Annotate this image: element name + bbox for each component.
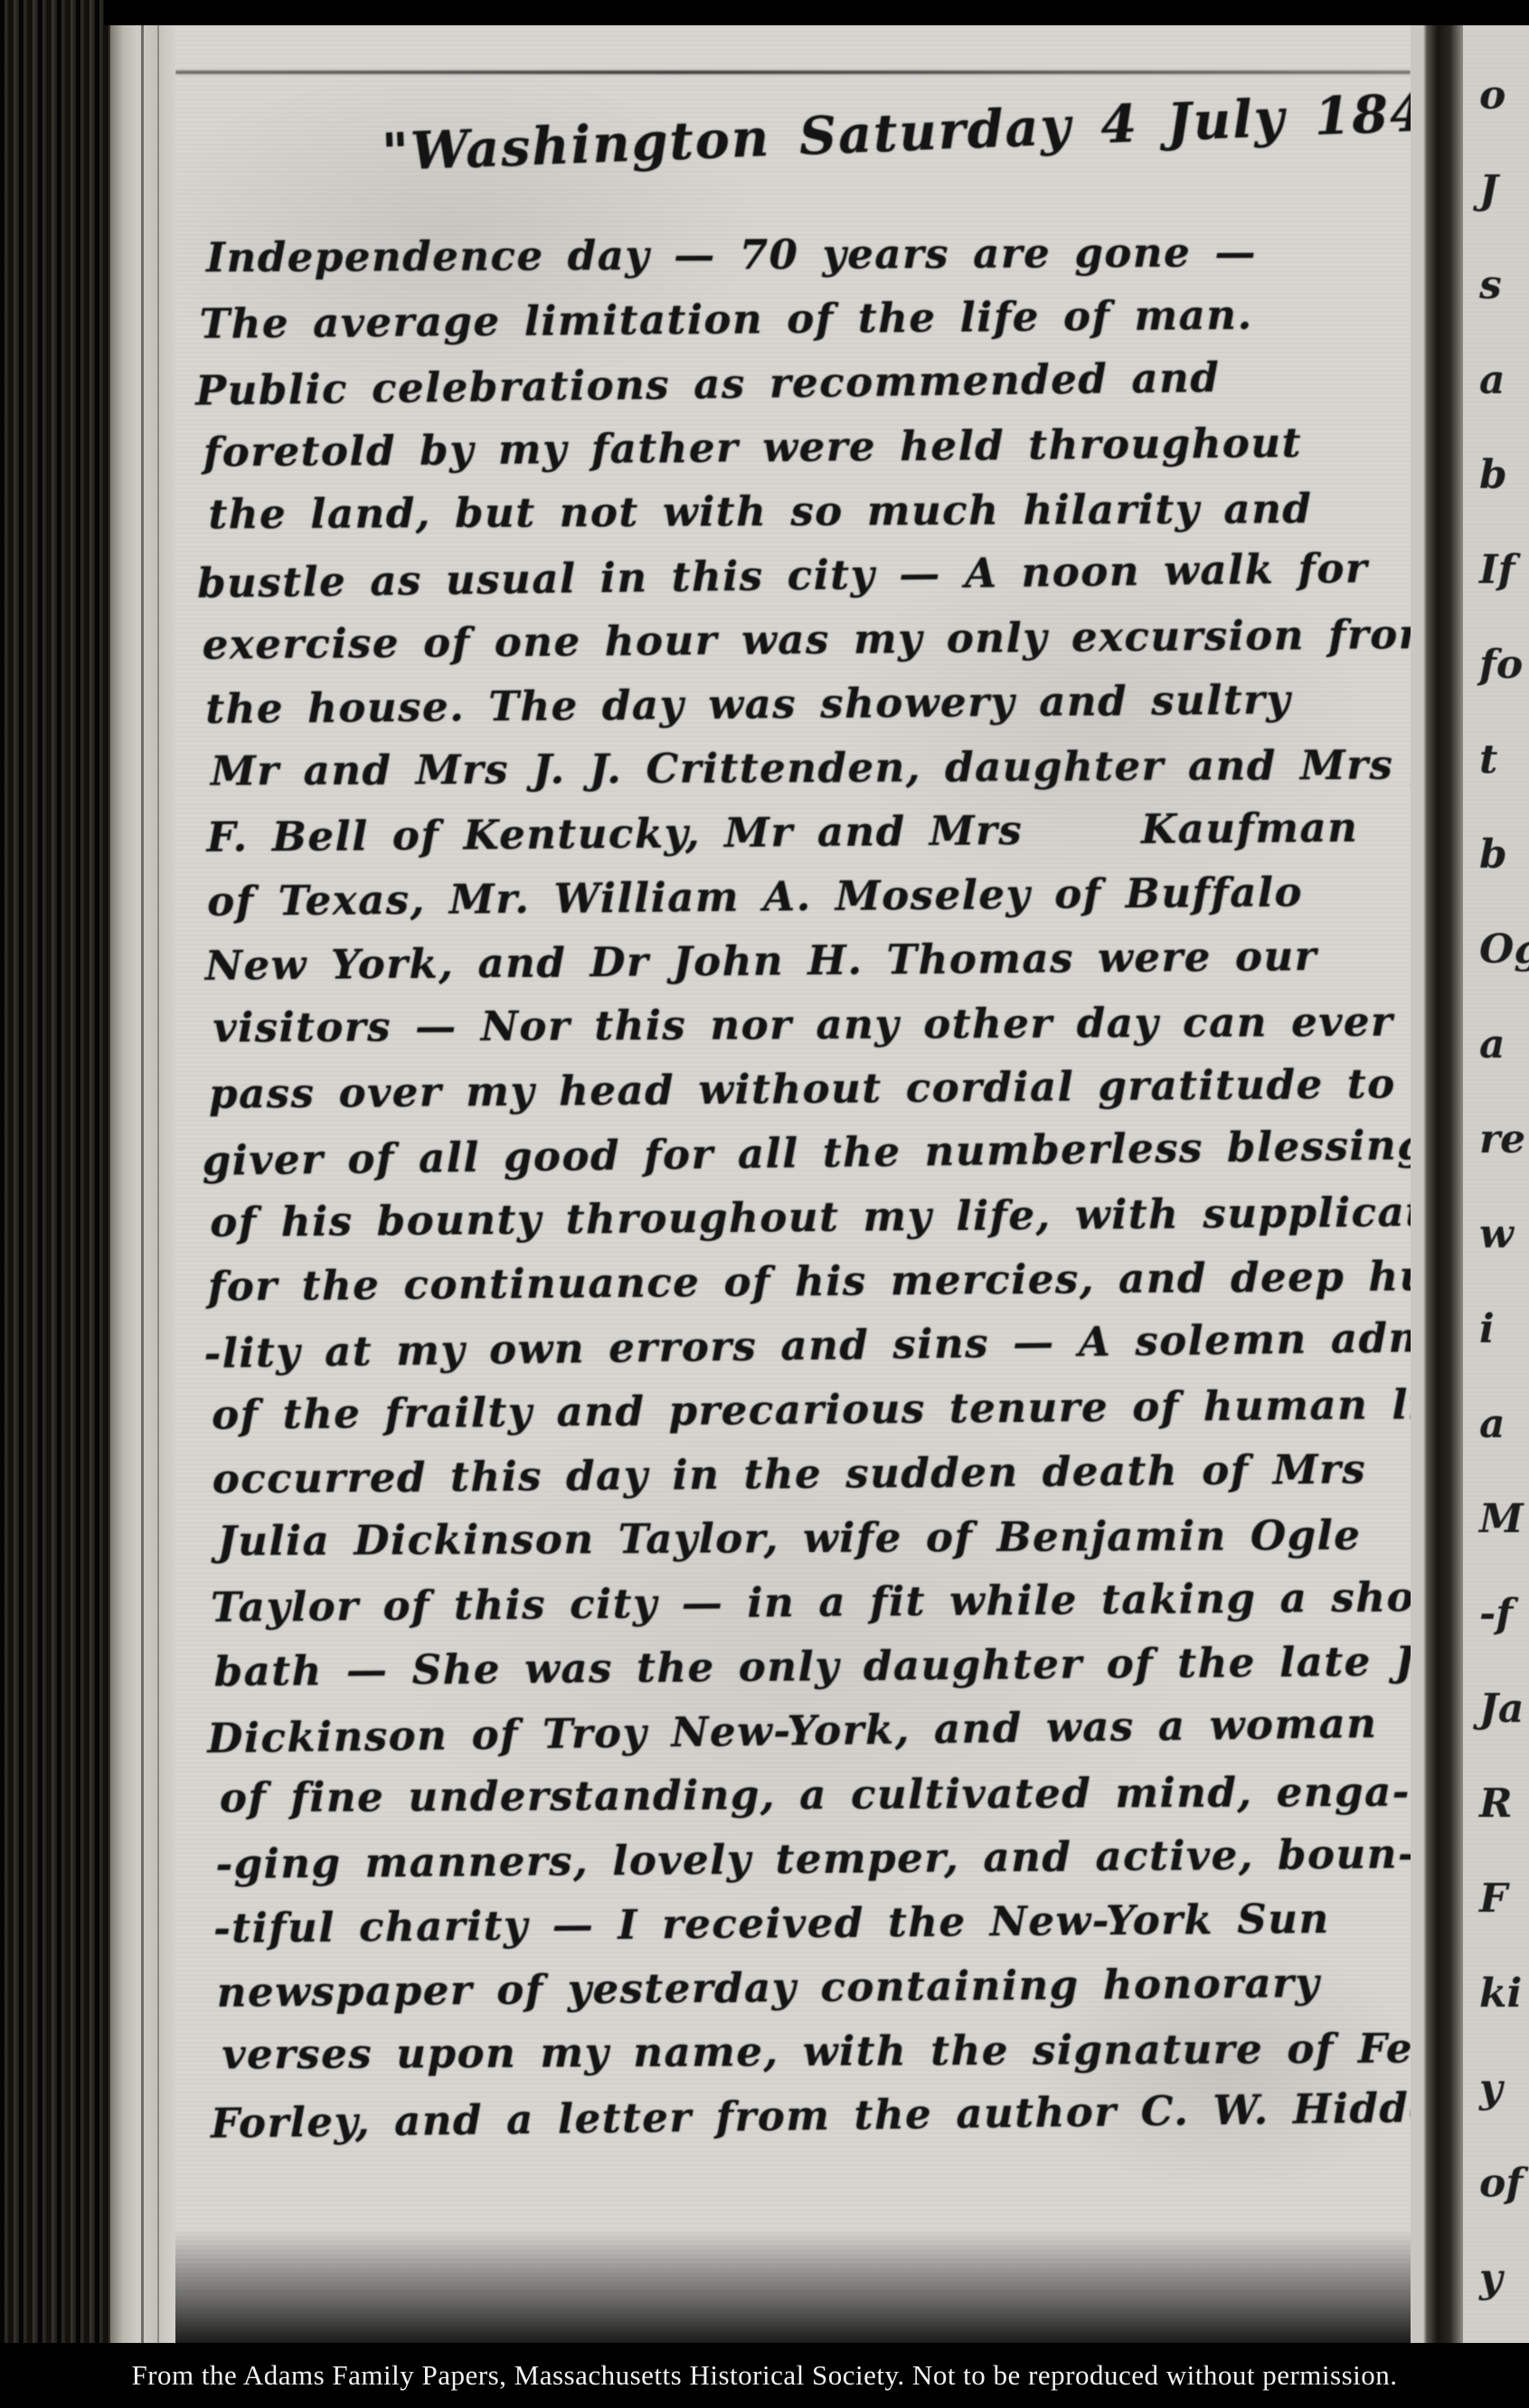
page-stack-edge — [110, 24, 175, 2347]
adjacent-page-text-fragment: If — [1479, 547, 1529, 593]
credit-caption-text: From the Adams Family Papers, Massachuse… — [131, 2359, 1397, 2392]
manuscript-line: Taylor of this city — in a fit while tak… — [211, 1565, 1411, 1640]
manuscript-line: -tiful charity — I received the New-York… — [213, 1886, 1411, 1961]
adjacent-page-text-fragment: ki — [1479, 1971, 1529, 2017]
manuscript-line: the land, but not with so much hilarity … — [208, 476, 1411, 547]
manuscript-scan: "Washington Saturday 4 July 1846. Indepe… — [0, 0, 1529, 2408]
adjacent-page-text-fragment: R — [1479, 1781, 1529, 1827]
adjacent-page-text-fragment: a — [1479, 1401, 1529, 1447]
page-crease-line — [157, 24, 159, 2347]
adjacent-page-text-fragment: y — [1479, 2255, 1529, 2301]
adjacent-page-text-fragment: fo — [1479, 642, 1529, 688]
manuscript-line: verses upon my name, with the signature … — [222, 2016, 1411, 2086]
book-gutter — [1411, 0, 1463, 2408]
adjacent-page-sliver: oJsabIffotbOgarewiaM-fJaRFkiyofy — [1463, 24, 1529, 2347]
manuscript-line: -ging manners, lovely temper, and active… — [215, 1821, 1411, 1896]
book-binding-edge — [0, 0, 110, 2408]
manuscript-line: of fine understanding, a cultivated mind… — [220, 1759, 1411, 1830]
manuscript-line: F. Bell of Kentucky, Mr and Mrs Kaufman — [206, 795, 1410, 870]
manuscript-line: foretold by my father were held througho… — [203, 409, 1407, 484]
adjacent-page-text-fragment: Ja — [1479, 1686, 1529, 1732]
top-black-band — [104, 0, 1529, 25]
adjacent-page-text-fragment: of — [1479, 2160, 1529, 2206]
manuscript-lines: Independence day — 70 years are gone —Th… — [202, 217, 1411, 2153]
manuscript-line: of his bounty throughout my life, with s… — [210, 1180, 1411, 1255]
adjacent-page-text-fragment: a — [1479, 357, 1529, 403]
page-crease-line — [141, 24, 144, 2347]
adjacent-page-text-fragment: -f — [1479, 1591, 1529, 1637]
manuscript-line: visitors — Nor this nor any other day ca… — [212, 989, 1411, 1059]
credit-caption-band: From the Adams Family Papers, Massachuse… — [0, 2343, 1529, 2408]
adjacent-page-text-fragment: M — [1479, 1496, 1529, 1542]
adjacent-page-text-fragment: y — [1479, 2065, 1529, 2112]
entry-dateline: "Washington Saturday 4 July 1846. — [381, 80, 1411, 183]
manuscript-line: Independence day — 70 years are gone — — [206, 220, 1409, 290]
adjacent-page-text-fragment: i — [1479, 1306, 1529, 1352]
adjacent-page-text-fragment: b — [1479, 452, 1529, 498]
manuscript-line: exercise of one hour was my only excursi… — [202, 602, 1405, 677]
adjacent-page-text-fragment: a — [1479, 1021, 1529, 1068]
manuscript-line: of the frailty and precarious tenure of … — [212, 1372, 1411, 1447]
adjacent-page-text-fragment: b — [1479, 832, 1529, 878]
manuscript-line: Forley, and a letter from the author C. … — [211, 2075, 1411, 2155]
manuscript-line: occurred this day in the sudden death of… — [212, 1436, 1411, 1511]
adjacent-page-text-fragment: t — [1479, 737, 1529, 783]
adjacent-page-text-fragment: w — [1479, 1211, 1529, 1257]
manuscript-line: Dickinson of Troy New-York, and was a wo… — [207, 1690, 1411, 1770]
adjacent-page-text-fragment: s — [1479, 262, 1529, 308]
manuscript-line: Julia Dickinson Taylor, wife of Benjamin… — [217, 1502, 1411, 1573]
manuscript-line: of Texas, Mr. William A. Moseley of Buff… — [207, 859, 1411, 934]
adjacent-page-text-fragment: re — [1479, 1116, 1529, 1162]
manuscript-line: Mr and Mrs J. J. Crittenden, daughter an… — [211, 732, 1411, 803]
manuscript-page: "Washington Saturday 4 July 1846. Indepe… — [175, 24, 1411, 2347]
page-top-rule — [175, 71, 1411, 74]
adjacent-page-text-fragment: J — [1479, 167, 1529, 213]
page-bottom-shadow — [175, 2229, 1411, 2347]
manuscript-line: New York, and Dr John H. Thomas were our — [205, 923, 1409, 998]
adjacent-page-text-fragment: F — [1479, 1876, 1529, 1922]
manuscript-line: the house. The day was showery and sultr… — [205, 666, 1409, 741]
adjacent-page-text-fragment: o — [1479, 72, 1529, 118]
adjacent-page-text-fragment: Og — [1479, 927, 1529, 973]
manuscript-line: newspaper of yesterday containing honora… — [216, 1950, 1411, 2025]
